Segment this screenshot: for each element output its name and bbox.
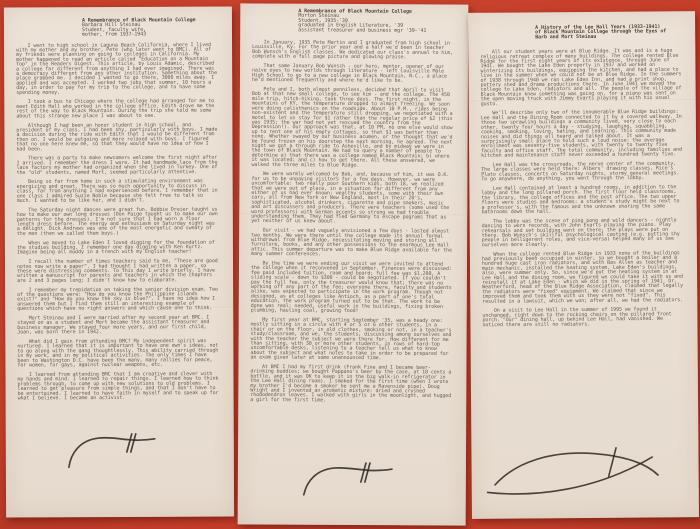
- paragraph: My first year at BMC, starting September…: [250, 317, 453, 360]
- paragraph: What did I gain from attending BMC? My i…: [17, 339, 220, 368]
- author-block: Morton SteinauStudent, 1935-'39graduated…: [298, 13, 455, 33]
- author-line: assistant treasurer and business mgr '39…: [298, 28, 455, 34]
- paragraph: By the time we were ending our visit we …: [251, 261, 454, 314]
- document-page-2: A Remembrance of Black Mountain College …: [238, 3, 469, 525]
- paragraph: Lee Hall contained at least a hundred ro…: [481, 185, 683, 215]
- signature-squiggle: [483, 431, 664, 504]
- document-body: All our student years were at Blue Ridge…: [480, 48, 684, 327]
- signature-squiggle: [62, 431, 162, 471]
- paragraph: We'll describe only two of the innumerab…: [481, 109, 683, 158]
- author-line: mother, from 1937-1943: [82, 32, 219, 37]
- paragraph: There was a party to make newcomers welc…: [17, 155, 220, 175]
- paragraph: The lobby was the scene of ping pong and…: [482, 218, 684, 248]
- paragraph: Our visit - we had vaguely envisioned a …: [251, 228, 454, 257]
- paragraph: Although I had been an honor student in …: [16, 122, 219, 151]
- paragraph: I recall the number of times teachers sa…: [17, 259, 220, 283]
- paragraph: When we moved to Lake Eden I loved diggi…: [17, 240, 220, 255]
- paragraph: On a visit to Lee Hall in the summer of …: [482, 307, 684, 327]
- paragraph: I took a bus to Chicago where the colleg…: [16, 99, 219, 119]
- document-page-3: A History of the Lee Hall Years (1933-19…: [468, 11, 699, 519]
- document-header: A Remembrance of Black Mountain College …: [82, 18, 219, 37]
- paragraph: Pete and I, both almost penniless, decid…: [252, 87, 455, 168]
- document-title: A History of the Lee Hall Years (1933-19…: [535, 24, 682, 39]
- paragraph: In January, 1935 Pete Martin and I gradu…: [252, 40, 455, 60]
- paragraph: When the college rented Blue Ridge in 19…: [482, 251, 684, 304]
- paragraph: The Saturday night dances were great fun…: [17, 207, 220, 236]
- paragraph: I went to high school in Laguna Beach Ca…: [16, 42, 219, 95]
- paragraph: Mort Steinau and I were married after my…: [17, 315, 220, 335]
- paragraph: I learned from attending BMC that I am c…: [17, 372, 220, 401]
- paragraph: I remember my trepidation on taking the …: [17, 287, 220, 311]
- red-table-background: A Remembrance of Black Mountain College …: [0, 0, 700, 529]
- paragraph: All our student years were at Blue Ridge…: [480, 48, 682, 106]
- signature-squiggle: [296, 460, 400, 501]
- document-page-1: A Remembrance of Black Mountain College …: [4, 7, 234, 518]
- paragraph: At BMC I had my first drink (Frank Fine …: [250, 364, 453, 403]
- author-block: Barbara Hill SteinauStudent, faculty wif…: [82, 22, 219, 37]
- document-body: In January, 1935 Pete Martin and I gradu…: [250, 40, 455, 403]
- document-header: A History of the Lee Hall Years (1933-19…: [535, 24, 682, 39]
- document-header: A Remembrance of Black Mountain College …: [298, 9, 455, 33]
- document-title-line: Barb and Mort Steinau: [535, 34, 682, 40]
- paragraph: That same January Bob Wunsch - our hero,…: [252, 63, 455, 83]
- paragraph: We were warmly welcomed by Bob, and, bec…: [251, 172, 454, 225]
- paragraph: Being so far from home in such a stimula…: [17, 179, 220, 203]
- document-body: I went to high school in Laguna Beach Ca…: [16, 42, 221, 400]
- paragraph: Lee Hall was the crossroads, the nerve c…: [481, 161, 683, 181]
